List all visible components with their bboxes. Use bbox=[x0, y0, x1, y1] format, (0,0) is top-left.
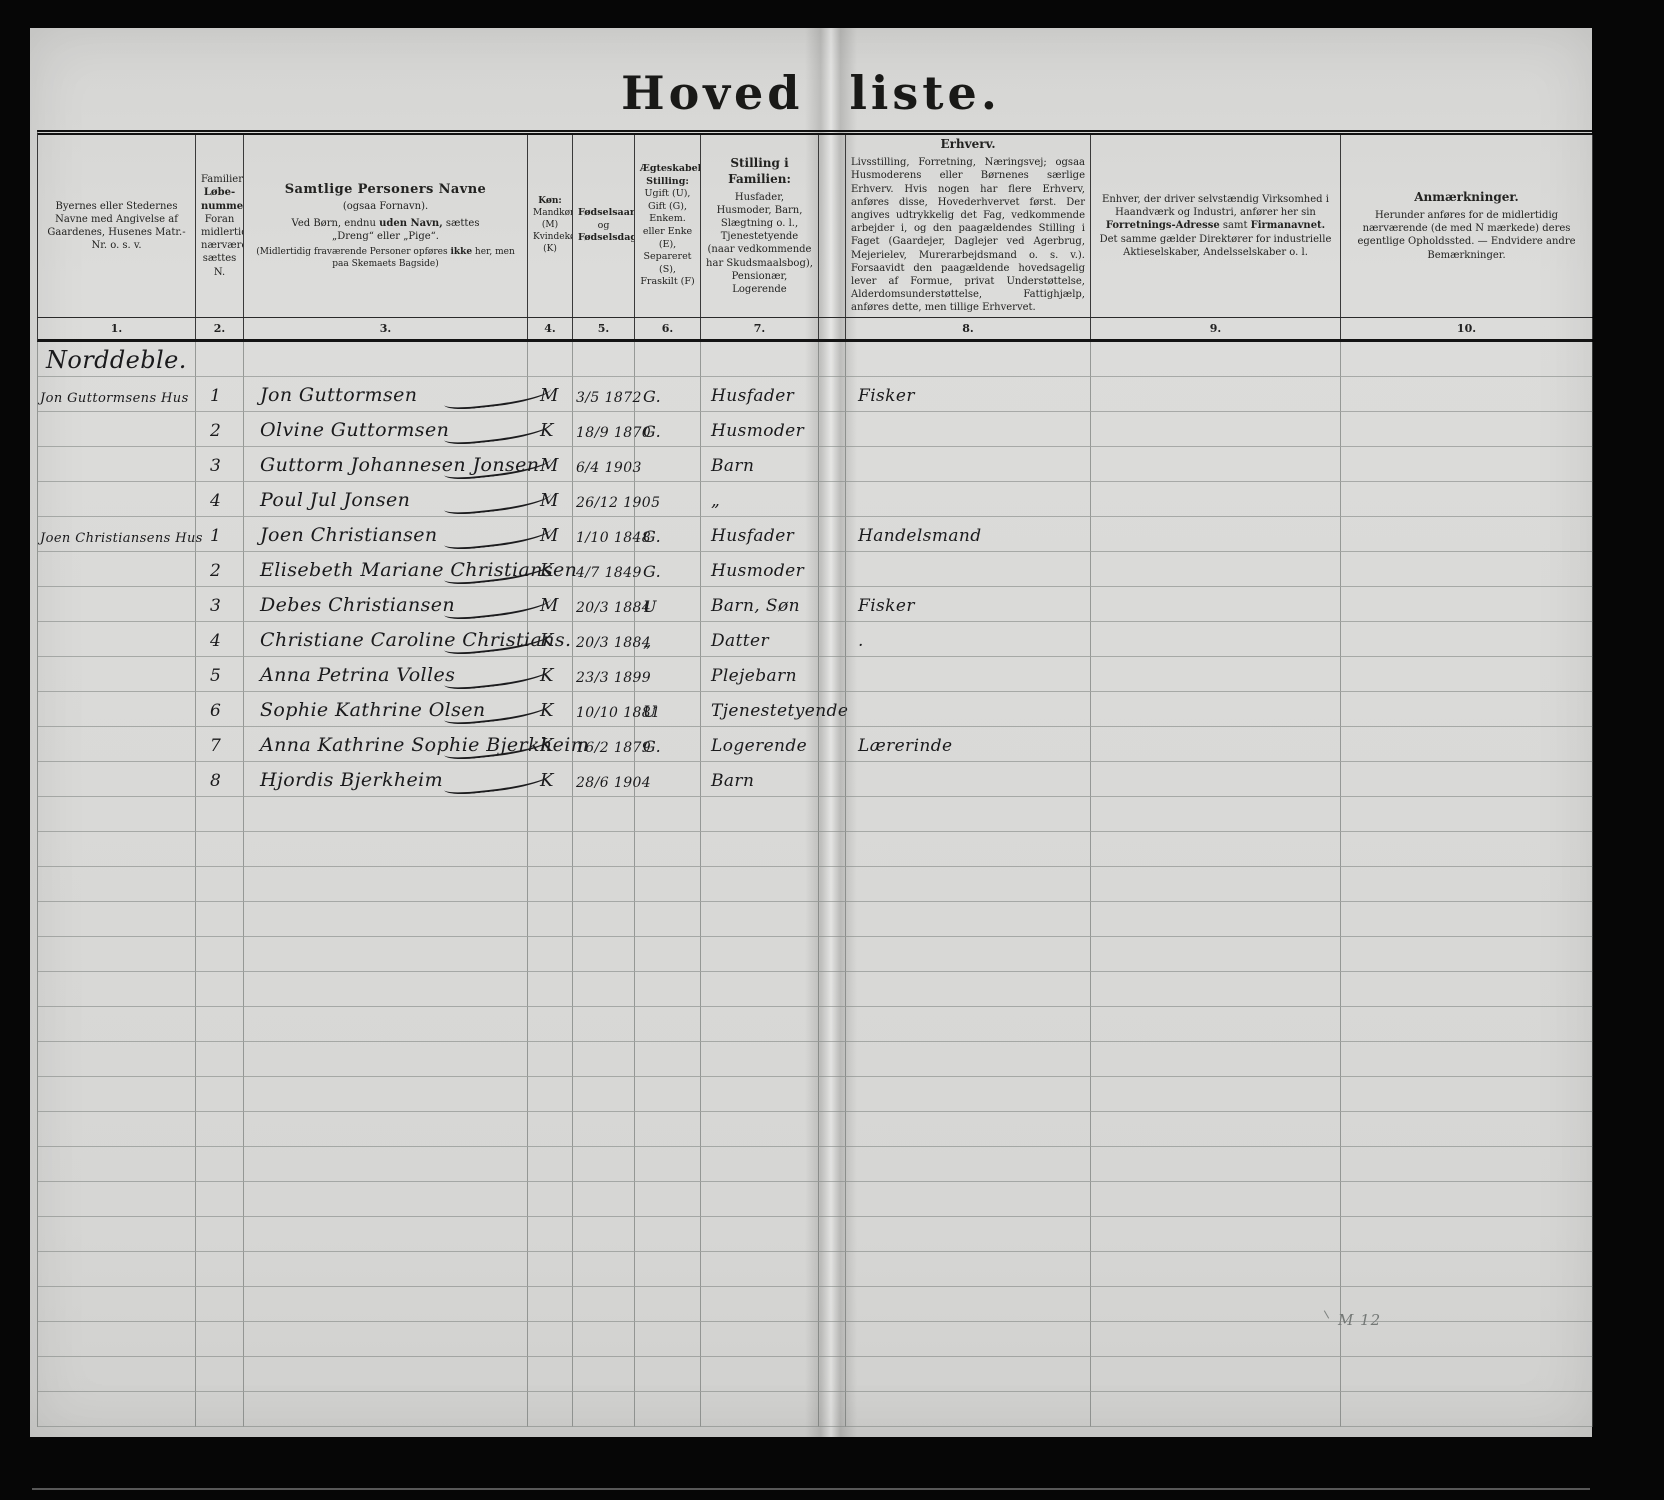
cell-born bbox=[573, 1287, 635, 1322]
table-row bbox=[37, 1042, 1592, 1077]
col6-body: Ugift (U), Gift (G), Enkem. eller Enke (… bbox=[640, 188, 695, 288]
cell-no bbox=[196, 832, 244, 867]
next-page-edge bbox=[32, 1488, 1590, 1490]
handwritten-family: Husfader bbox=[701, 528, 794, 551]
cell-no bbox=[196, 1147, 244, 1182]
cell-status: G. bbox=[635, 377, 701, 412]
handwritten-name: Anna Petrina Volles bbox=[244, 666, 455, 691]
handwritten-sex: K bbox=[528, 667, 554, 691]
cell-business bbox=[1091, 1112, 1341, 1147]
cell-no bbox=[196, 972, 244, 1007]
cell-fold bbox=[819, 622, 846, 657]
cell-remarks bbox=[1341, 1007, 1593, 1042]
cell-business bbox=[1091, 1077, 1341, 1112]
cell-fold bbox=[819, 937, 846, 972]
cell-name bbox=[244, 1112, 528, 1147]
handwritten-occupation: Fisker bbox=[846, 388, 915, 411]
cell-fold bbox=[819, 762, 846, 797]
cell-family bbox=[701, 1182, 819, 1217]
cell-house bbox=[38, 937, 196, 972]
cell-family bbox=[701, 972, 819, 1007]
table-row bbox=[37, 1357, 1592, 1392]
cell-house bbox=[38, 1182, 196, 1217]
cell-born: 1/10 1848 bbox=[573, 517, 635, 552]
cell-name: Jon Guttormsen bbox=[244, 377, 528, 412]
cell-sex bbox=[528, 902, 573, 937]
table-row: 4Christiane Caroline Christians.K20/3 18… bbox=[37, 622, 1592, 657]
table-row bbox=[37, 972, 1592, 1007]
cell-occupation bbox=[846, 1322, 1091, 1357]
cell-name bbox=[244, 972, 528, 1007]
handwritten-no: 3 bbox=[196, 598, 221, 621]
table-row bbox=[37, 1392, 1592, 1427]
handwritten-no: 8 bbox=[196, 773, 221, 796]
cell-born: 28/6 1904 bbox=[573, 762, 635, 797]
col4-title: Køn: bbox=[533, 196, 567, 208]
cell-house bbox=[38, 1112, 196, 1147]
cell-remarks bbox=[1341, 972, 1593, 1007]
handwritten-name: Christiane Caroline Christians. bbox=[244, 631, 571, 656]
col10-title: Anmærkninger. bbox=[1346, 190, 1587, 206]
cell-family: Barn, Søn bbox=[701, 587, 819, 622]
cell-house: Joen Christiansens Hus bbox=[38, 517, 196, 552]
cell-sex bbox=[528, 797, 573, 832]
cell-business bbox=[1091, 1392, 1341, 1427]
page-title: Hoved liste. bbox=[30, 66, 1592, 120]
cell-name bbox=[244, 1077, 528, 1112]
cell-house bbox=[38, 1392, 196, 1427]
col-header-sex: Køn: Mandkøn (M) Kvindekøn (K) bbox=[528, 135, 573, 317]
col3-line4: „Dreng“ eller „Pige“. bbox=[249, 230, 522, 243]
cell-sex bbox=[528, 1112, 573, 1147]
table-row bbox=[37, 832, 1592, 867]
handwritten-no: 2 bbox=[196, 563, 221, 586]
cell-remarks bbox=[1341, 762, 1593, 797]
cell-status: „ bbox=[635, 622, 701, 657]
cell-name bbox=[244, 1217, 528, 1252]
cell-status: U bbox=[635, 692, 701, 727]
cell-family: Husfader bbox=[701, 517, 819, 552]
cell-status: G. bbox=[635, 517, 701, 552]
cell-no bbox=[196, 937, 244, 972]
cell-family: Datter bbox=[701, 622, 819, 657]
cell-fold bbox=[819, 727, 846, 762]
col3-title: Samtlige Personers Navne bbox=[249, 181, 522, 198]
fold-spacer bbox=[819, 318, 846, 339]
col5-line1: Fødselsaar bbox=[578, 207, 629, 220]
handwritten-status: G. bbox=[635, 529, 661, 551]
cell-business bbox=[1091, 342, 1341, 377]
col3-sub: (ogsaa Fornavn). bbox=[249, 200, 522, 213]
cell-fold bbox=[819, 1077, 846, 1112]
cell-remarks bbox=[1341, 517, 1593, 552]
cell-remarks bbox=[1341, 1217, 1593, 1252]
column-number: 7. bbox=[701, 318, 819, 339]
cell-fold bbox=[819, 1392, 846, 1427]
cell-status bbox=[635, 1392, 701, 1427]
cell-family bbox=[701, 1392, 819, 1427]
cell-born bbox=[573, 1252, 635, 1287]
cell-sex bbox=[528, 1182, 573, 1217]
cell-status bbox=[635, 797, 701, 832]
cell-business bbox=[1091, 377, 1341, 412]
cell-remarks bbox=[1341, 1147, 1593, 1182]
handwritten-family: Barn bbox=[701, 773, 754, 796]
cell-business bbox=[1091, 727, 1341, 762]
cell-fold bbox=[819, 1322, 846, 1357]
handwritten-born: 6/4 1903 bbox=[573, 461, 642, 481]
handwritten-name: Elisebeth Mariane Christiansen bbox=[244, 561, 577, 586]
cell-born bbox=[573, 972, 635, 1007]
table-row bbox=[37, 1147, 1592, 1182]
cell-born bbox=[573, 1322, 635, 1357]
cell-house bbox=[38, 552, 196, 587]
cell-family: Logerende bbox=[701, 727, 819, 762]
cell-family bbox=[701, 342, 819, 377]
col3-line3: Ved Børn, endnu uden Navn, sættes bbox=[249, 217, 522, 230]
cell-status: U bbox=[635, 587, 701, 622]
handwritten-sex: M bbox=[528, 492, 559, 516]
cell-occupation: Fisker bbox=[846, 587, 1091, 622]
cell-status bbox=[635, 482, 701, 517]
cell-house bbox=[38, 867, 196, 902]
cell-business bbox=[1091, 867, 1341, 902]
cell-sex bbox=[528, 1147, 573, 1182]
handwritten-status: U bbox=[635, 599, 657, 621]
cell-occupation bbox=[846, 867, 1091, 902]
cell-occupation bbox=[846, 1392, 1091, 1427]
cell-remarks bbox=[1341, 482, 1593, 517]
table-header-row: Byernes eller Stedernes Navne med Angive… bbox=[37, 130, 1592, 318]
cell-remarks bbox=[1341, 902, 1593, 937]
cell-occupation bbox=[846, 1357, 1091, 1392]
cell-no bbox=[196, 867, 244, 902]
cell-business bbox=[1091, 937, 1341, 972]
cell-occupation bbox=[846, 447, 1091, 482]
cell-business bbox=[1091, 447, 1341, 482]
cell-remarks bbox=[1341, 377, 1593, 412]
cell-business bbox=[1091, 482, 1341, 517]
cell-fold bbox=[819, 972, 846, 1007]
column-number: 9. bbox=[1091, 318, 1341, 339]
cell-no: 5 bbox=[196, 657, 244, 692]
handwritten-family: Barn, Søn bbox=[701, 598, 800, 621]
cell-sex: K bbox=[528, 692, 573, 727]
cell-status bbox=[635, 1217, 701, 1252]
cell-house bbox=[38, 1252, 196, 1287]
cell-born bbox=[573, 1357, 635, 1392]
cell-family bbox=[701, 797, 819, 832]
cell-name bbox=[244, 797, 528, 832]
cell-name bbox=[244, 937, 528, 972]
cell-status bbox=[635, 1007, 701, 1042]
cell-born: 26/12 1905 bbox=[573, 482, 635, 517]
cell-status bbox=[635, 1252, 701, 1287]
col7-body: Husfader, Husmoder, Barn, Slægtning o. l… bbox=[706, 191, 813, 297]
col3-l5a: (Midlertidig fraværende Personer opføres bbox=[256, 247, 450, 257]
handwritten-family: „ bbox=[701, 493, 720, 516]
cell-born bbox=[573, 1182, 635, 1217]
cell-fold bbox=[819, 867, 846, 902]
col-header-occupation: Erhverv. Livsstilling, Forretning, Nærin… bbox=[846, 135, 1091, 317]
cell-house bbox=[38, 1357, 196, 1392]
cell-remarks bbox=[1341, 832, 1593, 867]
handwritten-family: Husfader bbox=[701, 388, 794, 411]
cell-born bbox=[573, 342, 635, 377]
col9-text: Enhver, der driver selvstændig Virksomhe… bbox=[1096, 193, 1335, 259]
cell-occupation: Lærerinde bbox=[846, 727, 1091, 762]
cell-business bbox=[1091, 1182, 1341, 1217]
col2-line1: Familiernes bbox=[201, 173, 238, 186]
cell-born bbox=[573, 1392, 635, 1427]
table-row bbox=[37, 1217, 1592, 1252]
handwritten-sex: M bbox=[528, 597, 559, 621]
cell-status bbox=[635, 1042, 701, 1077]
col7-title: Stilling i Familien: bbox=[706, 156, 813, 188]
cell-house bbox=[38, 692, 196, 727]
cell-sex bbox=[528, 1287, 573, 1322]
table-row: 7Anna Kathrine Sophie BjerkheimK16/2 187… bbox=[37, 727, 1592, 762]
cell-name bbox=[244, 1357, 528, 1392]
column-number: 1. bbox=[38, 318, 196, 339]
column-number: 10. bbox=[1341, 318, 1593, 339]
cell-sex: M bbox=[528, 482, 573, 517]
cell-no bbox=[196, 1322, 244, 1357]
cell-no bbox=[196, 1392, 244, 1427]
cell-sex: M bbox=[528, 587, 573, 622]
pencil-note: M 12 bbox=[1338, 1311, 1381, 1329]
scanned-page: Hoved liste. Byernes eller Stedernes Nav… bbox=[30, 28, 1592, 1437]
cell-fold bbox=[819, 587, 846, 622]
cell-no: 3 bbox=[196, 447, 244, 482]
cell-remarks bbox=[1341, 342, 1593, 377]
cell-business bbox=[1091, 1322, 1341, 1357]
cell-remarks bbox=[1341, 1252, 1593, 1287]
table-row: 8Hjordis BjerkheimK28/6 1904Barn bbox=[37, 762, 1592, 797]
table-row bbox=[37, 902, 1592, 937]
handwritten-born: 4/7 1849 bbox=[573, 566, 642, 586]
cell-house bbox=[38, 797, 196, 832]
cell-name bbox=[244, 1252, 528, 1287]
cell-family: Barn bbox=[701, 447, 819, 482]
handwritten-name: Debes Christiansen bbox=[244, 596, 455, 621]
cell-remarks bbox=[1341, 727, 1593, 762]
cell-occupation: . bbox=[846, 622, 1091, 657]
cell-no: 1 bbox=[196, 377, 244, 412]
cell-house bbox=[38, 657, 196, 692]
cell-house bbox=[38, 727, 196, 762]
cell-sex: K bbox=[528, 762, 573, 797]
cell-name: Anna Petrina Volles bbox=[244, 657, 528, 692]
col-header-place: Byernes eller Stedernes Navne med Angive… bbox=[38, 135, 196, 317]
cell-sex bbox=[528, 342, 573, 377]
cell-no: 8 bbox=[196, 762, 244, 797]
cell-fold bbox=[819, 1252, 846, 1287]
cell-house bbox=[38, 762, 196, 797]
handwritten-family: Logerende bbox=[701, 738, 807, 761]
cell-name bbox=[244, 1007, 528, 1042]
cell-sex: K bbox=[528, 412, 573, 447]
cell-fold bbox=[819, 482, 846, 517]
cell-name bbox=[244, 1322, 528, 1357]
cell-business bbox=[1091, 762, 1341, 797]
cell-name: Olvine Guttormsen bbox=[244, 412, 528, 447]
table-row bbox=[37, 1112, 1592, 1147]
cell-no: 4 bbox=[196, 622, 244, 657]
table-row: 3Guttorm Johannesen JonsenM6/4 1903Barn bbox=[37, 447, 1592, 482]
cell-no: 2 bbox=[196, 552, 244, 587]
handwritten-no: 4 bbox=[196, 633, 221, 656]
handwritten-no: 4 bbox=[196, 493, 221, 516]
cell-fold bbox=[819, 1182, 846, 1217]
handwritten-status: „ bbox=[635, 634, 652, 656]
cell-status bbox=[635, 342, 701, 377]
cell-no: 4 bbox=[196, 482, 244, 517]
handwritten-name: Olvine Guttormsen bbox=[244, 421, 449, 446]
cell-fold bbox=[819, 1287, 846, 1322]
cell-no: 6 bbox=[196, 692, 244, 727]
table-row bbox=[37, 937, 1592, 972]
handwritten-status: U bbox=[635, 704, 657, 726]
cell-remarks bbox=[1341, 622, 1593, 657]
cell-name bbox=[244, 867, 528, 902]
col10-body: Herunder anføres for de midlertidig nærv… bbox=[1346, 209, 1587, 262]
cell-family bbox=[701, 937, 819, 972]
cell-business bbox=[1091, 832, 1341, 867]
cell-born bbox=[573, 1217, 635, 1252]
col-header-family-number: Familiernes Løbe-nummer. Foran midlertid… bbox=[196, 135, 244, 317]
handwritten-name: Sophie Kathrine Olsen bbox=[244, 701, 486, 726]
cell-sex bbox=[528, 1322, 573, 1357]
cell-family bbox=[701, 1217, 819, 1252]
cell-family: Tjenestetyende bbox=[701, 692, 819, 727]
cell-born: 20/3 1884 bbox=[573, 622, 635, 657]
cell-name: Sophie Kathrine Olsen bbox=[244, 692, 528, 727]
col5-line3: Fødselsdag bbox=[578, 232, 629, 245]
cell-no bbox=[196, 1217, 244, 1252]
handwritten-status: G. bbox=[635, 564, 661, 586]
cell-sex bbox=[528, 867, 573, 902]
handwritten-occupation: Handelsmand bbox=[846, 528, 982, 551]
cell-born bbox=[573, 1112, 635, 1147]
col8-body: Livsstilling, Forretning, Næringsvej; og… bbox=[851, 156, 1085, 314]
cell-name: Christiane Caroline Christians. bbox=[244, 622, 528, 657]
cell-family bbox=[701, 1077, 819, 1112]
cell-family: Husmoder bbox=[701, 552, 819, 587]
table-row: Norddeble. bbox=[37, 342, 1592, 377]
cell-name bbox=[244, 832, 528, 867]
column-number: 4. bbox=[528, 318, 573, 339]
cell-occupation bbox=[846, 1182, 1091, 1217]
cell-occupation bbox=[846, 1287, 1091, 1322]
col3-l3a: Ved Børn, endnu bbox=[292, 218, 380, 229]
handwritten-status: G. bbox=[635, 424, 661, 446]
cell-family bbox=[701, 832, 819, 867]
cell-house: Jon Guttormsens Hus bbox=[38, 377, 196, 412]
cell-family bbox=[701, 1252, 819, 1287]
cell-born bbox=[573, 832, 635, 867]
cell-remarks bbox=[1341, 1182, 1593, 1217]
cell-occupation bbox=[846, 937, 1091, 972]
table-row bbox=[37, 1077, 1592, 1112]
col-header-birth: Fødselsaar og Fødselsdag bbox=[573, 135, 635, 317]
col3-l3c: sættes bbox=[443, 218, 480, 229]
handwritten-status: G. bbox=[635, 389, 661, 411]
cell-occupation bbox=[846, 762, 1091, 797]
cell-remarks bbox=[1341, 1357, 1593, 1392]
table-body: Norddeble.Jon Guttormsens Hus1Jon Guttor… bbox=[37, 342, 1592, 1427]
cell-business bbox=[1091, 587, 1341, 622]
cell-status bbox=[635, 1112, 701, 1147]
cell-name bbox=[244, 902, 528, 937]
cell-business bbox=[1091, 1007, 1341, 1042]
cell-family bbox=[701, 1147, 819, 1182]
cell-fold bbox=[819, 1042, 846, 1077]
cell-business bbox=[1091, 1217, 1341, 1252]
cell-name bbox=[244, 1182, 528, 1217]
col2-line2: Løbe-nummer. bbox=[201, 186, 238, 212]
col4-body: Mandkøn (M) Kvindekøn (K) bbox=[533, 208, 567, 256]
handwritten-occupation: . bbox=[846, 633, 864, 656]
col-header-marital: Ægteskabelig Stilling: Ugift (U), Gift (… bbox=[635, 135, 701, 317]
cell-house bbox=[38, 1042, 196, 1077]
cell-status bbox=[635, 447, 701, 482]
cell-occupation bbox=[846, 1077, 1091, 1112]
cell-business bbox=[1091, 552, 1341, 587]
cell-family: Husfader bbox=[701, 377, 819, 412]
cell-occupation bbox=[846, 797, 1091, 832]
cell-status bbox=[635, 1182, 701, 1217]
cell-occupation: Fisker bbox=[846, 377, 1091, 412]
cell-no bbox=[196, 797, 244, 832]
cell-fold bbox=[819, 517, 846, 552]
cell-occupation bbox=[846, 1252, 1091, 1287]
handwritten-name: Joen Christiansen bbox=[244, 526, 438, 551]
cell-occupation bbox=[846, 552, 1091, 587]
cell-house bbox=[38, 1077, 196, 1112]
cell-remarks bbox=[1341, 1392, 1593, 1427]
cell-status bbox=[635, 972, 701, 1007]
cell-born bbox=[573, 937, 635, 972]
cell-remarks bbox=[1341, 867, 1593, 902]
cell-occupation bbox=[846, 412, 1091, 447]
handwritten-family: Barn bbox=[701, 458, 754, 481]
col1-text: Byernes eller Stedernes Navne med Angive… bbox=[43, 200, 190, 253]
cell-family: Barn bbox=[701, 762, 819, 797]
cell-business bbox=[1091, 1357, 1341, 1392]
table-row: Joen Christiansens Hus1Joen Christiansen… bbox=[37, 517, 1592, 552]
col8-title: Erhverv. bbox=[851, 137, 1085, 153]
cell-sex bbox=[528, 1007, 573, 1042]
cell-status bbox=[635, 867, 701, 902]
col-header-family-position: Stilling i Familien: Husfader, Husmoder,… bbox=[701, 135, 819, 317]
col9-s5: Det samme gælder Direktører for industri… bbox=[1100, 234, 1332, 258]
cell-family bbox=[701, 867, 819, 902]
cell-born: 3/5 1872 bbox=[573, 377, 635, 412]
place-name: Norddeble. bbox=[38, 348, 187, 376]
handwritten-name: Guttorm Johannesen Jonsen bbox=[244, 456, 539, 481]
cell-house bbox=[38, 622, 196, 657]
census-table: Byernes eller Stedernes Navne med Angive… bbox=[37, 130, 1592, 1427]
cell-occupation bbox=[846, 657, 1091, 692]
cell-status bbox=[635, 1287, 701, 1322]
cell-no bbox=[196, 1042, 244, 1077]
cell-fold bbox=[819, 797, 846, 832]
cell-fold bbox=[819, 342, 846, 377]
table-row: 2Olvine GuttormsenK18/9 1870G.Husmoder bbox=[37, 412, 1592, 447]
cell-fold bbox=[819, 1112, 846, 1147]
cell-house bbox=[38, 412, 196, 447]
